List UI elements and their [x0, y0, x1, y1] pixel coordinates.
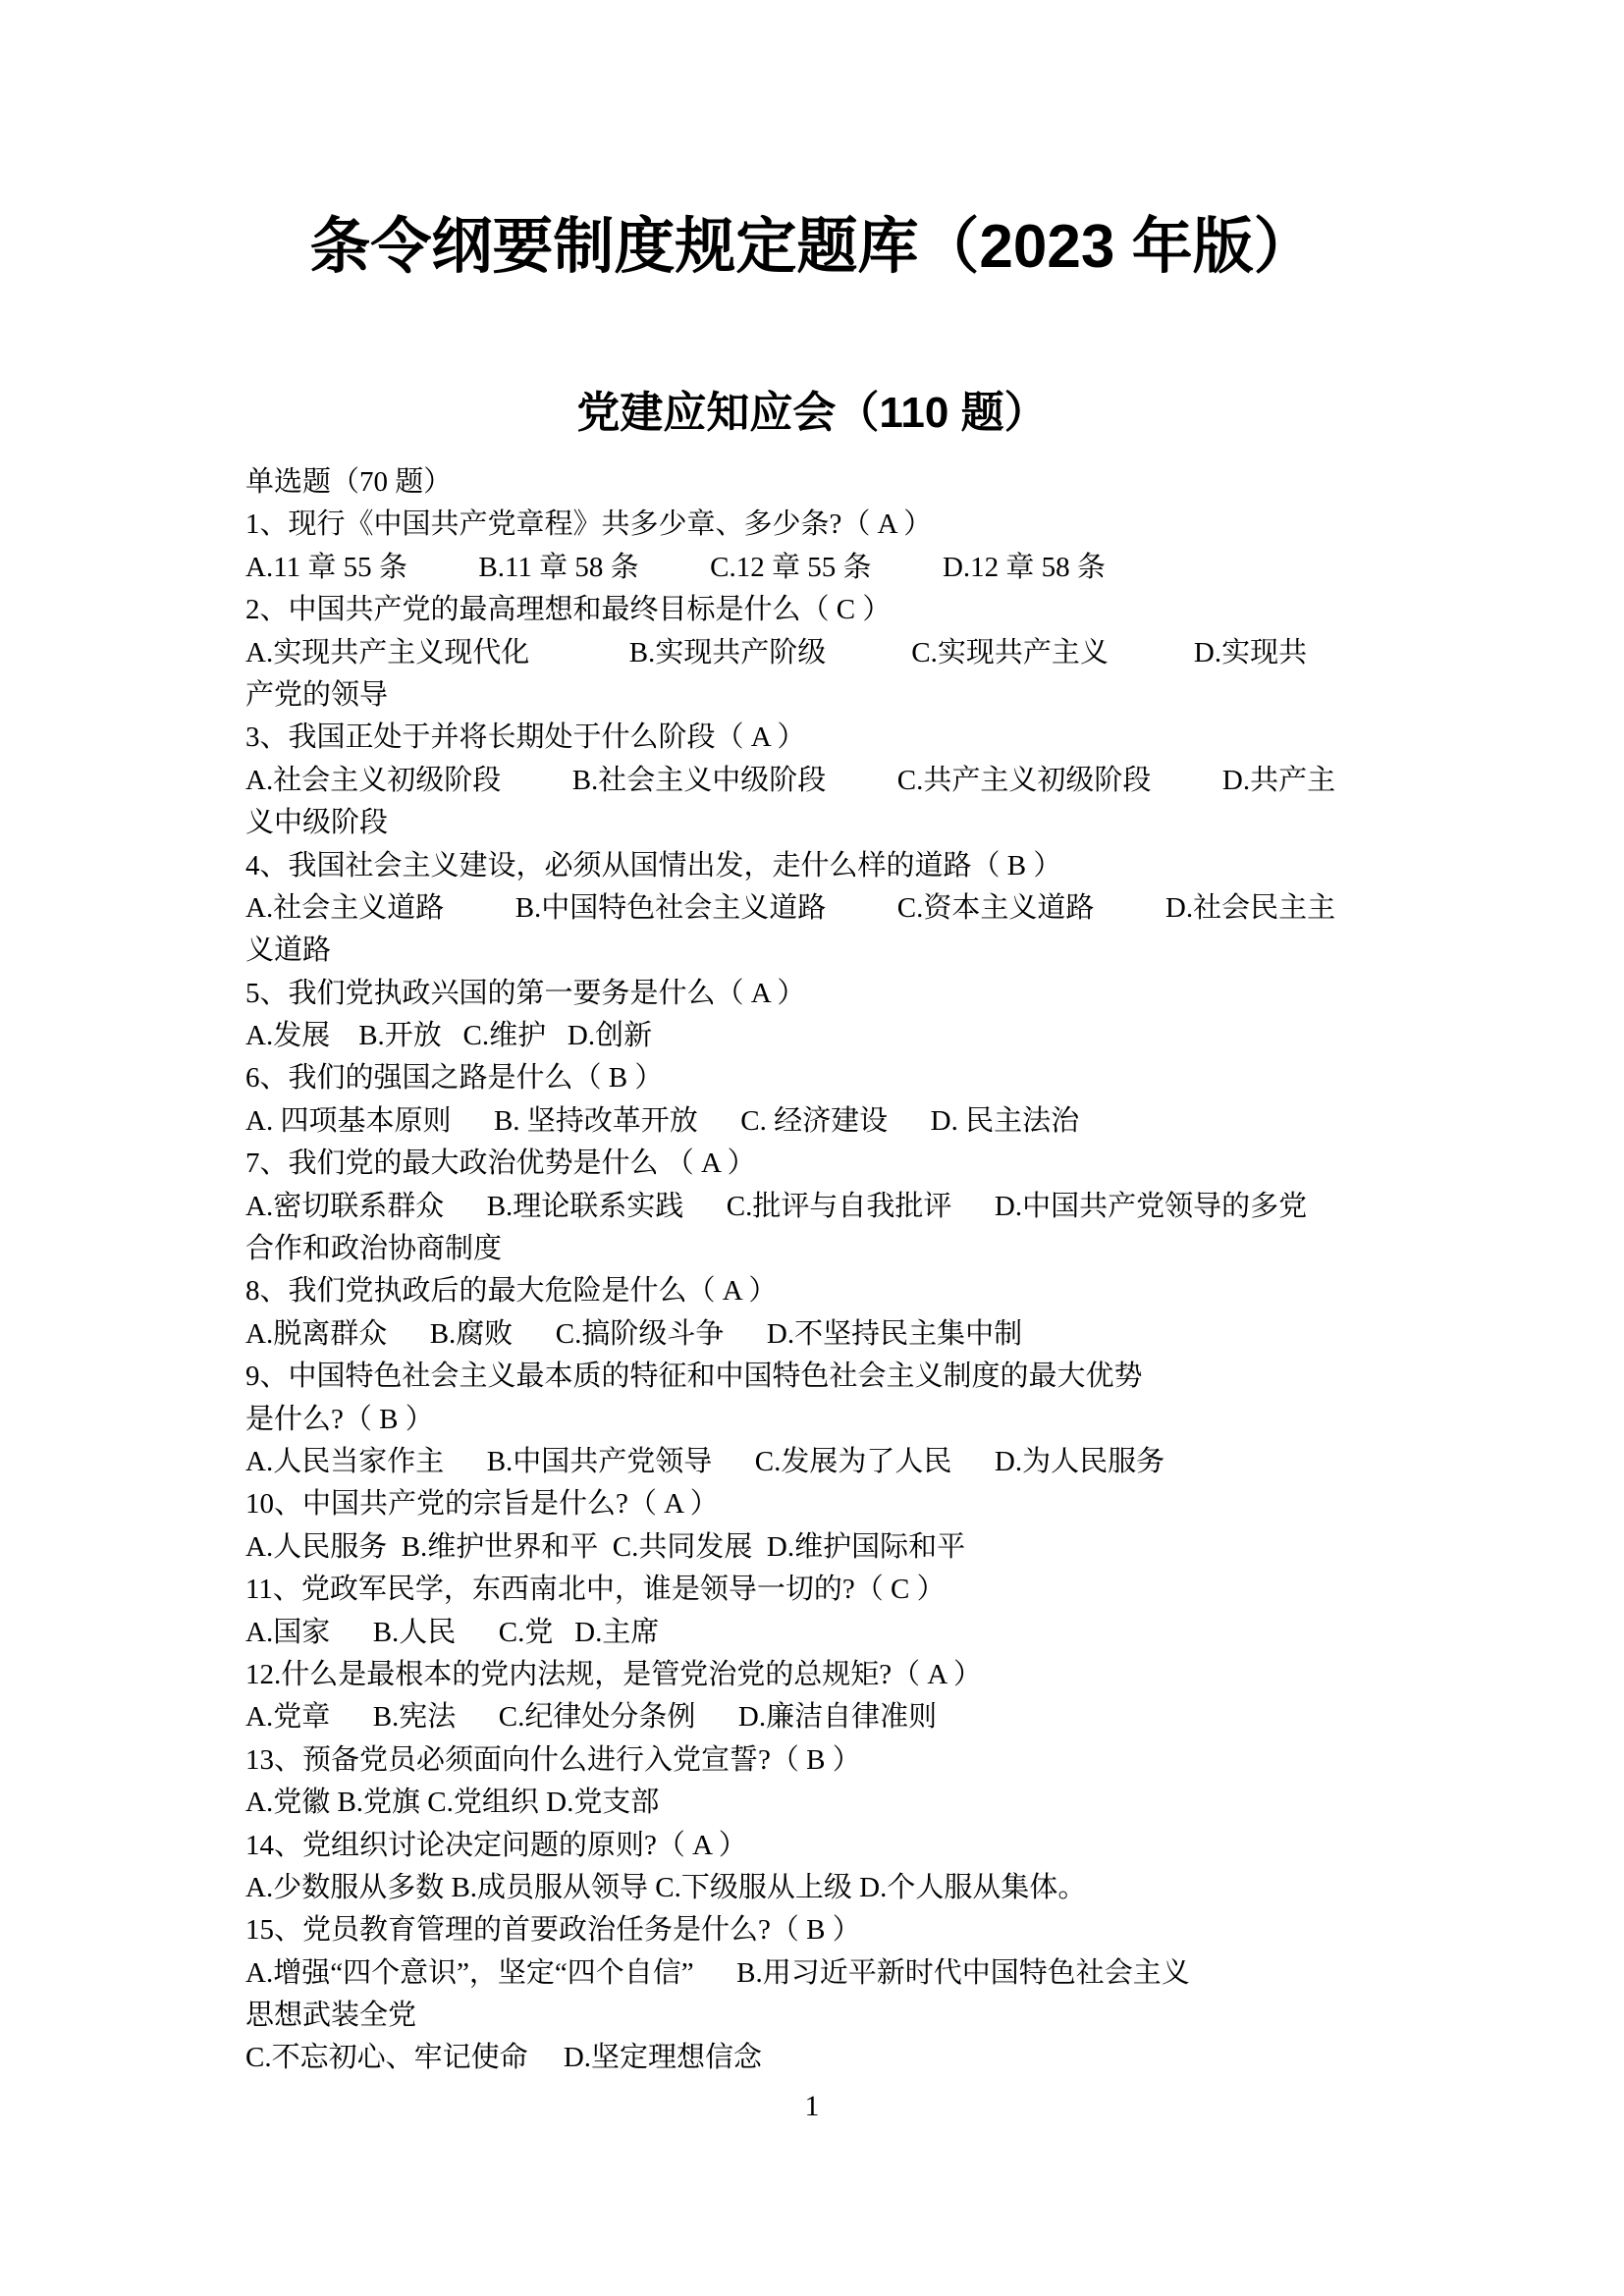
text-line: 2、中国共产党的最高理想和最终目标是什么（ C ） — [245, 589, 1404, 631]
text-line: A.党徽 B.党旗 C.党组织 D.党支部 — [245, 1782, 1404, 1824]
text-line: 8、我们党执政后的最大危险是什么（ A ） — [245, 1270, 1404, 1312]
text-line: A.发展 B.开放 C.维护 D.创新 — [245, 1015, 1404, 1057]
text-line: 6、我们的强国之路是什么（ B ） — [245, 1057, 1404, 1099]
text-line: 7、我们党的最大政治优势是什么 （ A ） — [245, 1143, 1404, 1185]
text-line: 11、党政军民学，东西南北中，谁是领导一切的?（ C ） — [245, 1569, 1404, 1611]
text-line: 产党的领导 — [245, 674, 1404, 717]
document-page: 条令纲要制度规定题库（2023 年版） 党建应知应会（110 题） 单选题（70… — [0, 0, 1624, 2296]
text-line: 义中级阶段 — [245, 802, 1404, 844]
document-title: 条令纲要制度规定题库（2023 年版） — [0, 212, 1624, 282]
text-line: 合作和政治协商制度 — [245, 1228, 1404, 1270]
text-line: C.不忘初心、牢记使命 D.坚定理想信念 — [245, 2037, 1404, 2079]
text-line: 义道路 — [245, 930, 1404, 972]
text-line: A.密切联系群众 B.理论联系实践 C.批评与自我批评 D.中国共产党领导的多党 — [245, 1186, 1404, 1228]
section-heading: 党建应知应会（110 题） — [0, 389, 1624, 439]
text-line: A.社会主义初级阶段 B.社会主义中级阶段 C.共产主义初级阶段 D.共产主 — [245, 760, 1404, 802]
text-line: A.少数服从多数 B.成员服从领导 C.下级服从上级 D.个人服从集体。 — [245, 1867, 1404, 1909]
text-line: 5、我们党执政兴国的第一要务是什么（ A ） — [245, 973, 1404, 1015]
text-line: A.脱离群众 B.腐败 C.搞阶级斗争 D.不坚持民主集中制 — [245, 1313, 1404, 1356]
text-line: 14、党组织讨论决定问题的原则?（ A ） — [245, 1825, 1404, 1867]
text-line: 9、中国特色社会主义最本质的特征和中国特色社会主义制度的最大优势 — [245, 1356, 1404, 1398]
text-line: A.11 章 55 条 B.11 章 58 条 C.12 章 55 条 D.12… — [245, 547, 1404, 589]
text-line: 12.什么是最根本的党内法规，是管党治党的总规矩?（ A ） — [245, 1654, 1404, 1696]
text-line: 10、中国共产党的宗旨是什么?（ A ） — [245, 1483, 1404, 1525]
page-number: 1 — [0, 2089, 1624, 2124]
text-line: 是什么?（ B ） — [245, 1399, 1404, 1441]
question-list: 单选题（70 题）1、现行《中国共产党章程》共多少章、多少条?（ A ）A.11… — [245, 461, 1404, 2080]
text-line: A.增强“四个意识”，坚定“四个自信” B.用习近平新时代中国特色社会主义 — [245, 1952, 1404, 1995]
text-line: 单选题（70 题） — [245, 461, 1404, 504]
text-line: 3、我国正处于并将长期处于什么阶段（ A ） — [245, 717, 1404, 759]
text-line: A. 四项基本原则 B. 坚持改革开放 C. 经济建设 D. 民主法治 — [245, 1100, 1404, 1143]
text-line: A.人民服务 B.维护世界和平 C.共同发展 D.维护国际和平 — [245, 1526, 1404, 1569]
text-line: 4、我国社会主义建设，必须从国情出发，走什么样的道路（ B ） — [245, 845, 1404, 887]
text-line: A.党章 B.宪法 C.纪律处分条例 D.廉洁自律准则 — [245, 1696, 1404, 1738]
text-line: A.实现共产主义现代化 B.实现共产阶级 C.实现共产主义 D.实现共 — [245, 632, 1404, 674]
text-line: A.国家 B.人民 C.党 D.主席 — [245, 1612, 1404, 1654]
text-line: 思想武装全党 — [245, 1995, 1404, 2037]
text-line: A.社会主义道路 B.中国特色社会主义道路 C.资本主义道路 D.社会民主主 — [245, 887, 1404, 930]
text-line: 13、预备党员必须面向什么进行入党宣誓?（ B ） — [245, 1739, 1404, 1782]
text-line: A.人民当家作主 B.中国共产党领导 C.发展为了人民 D.为人民服务 — [245, 1441, 1404, 1483]
text-line: 15、党员教育管理的首要政治任务是什么?（ B ） — [245, 1909, 1404, 1951]
text-line: 1、现行《中国共产党章程》共多少章、多少条?（ A ） — [245, 504, 1404, 546]
